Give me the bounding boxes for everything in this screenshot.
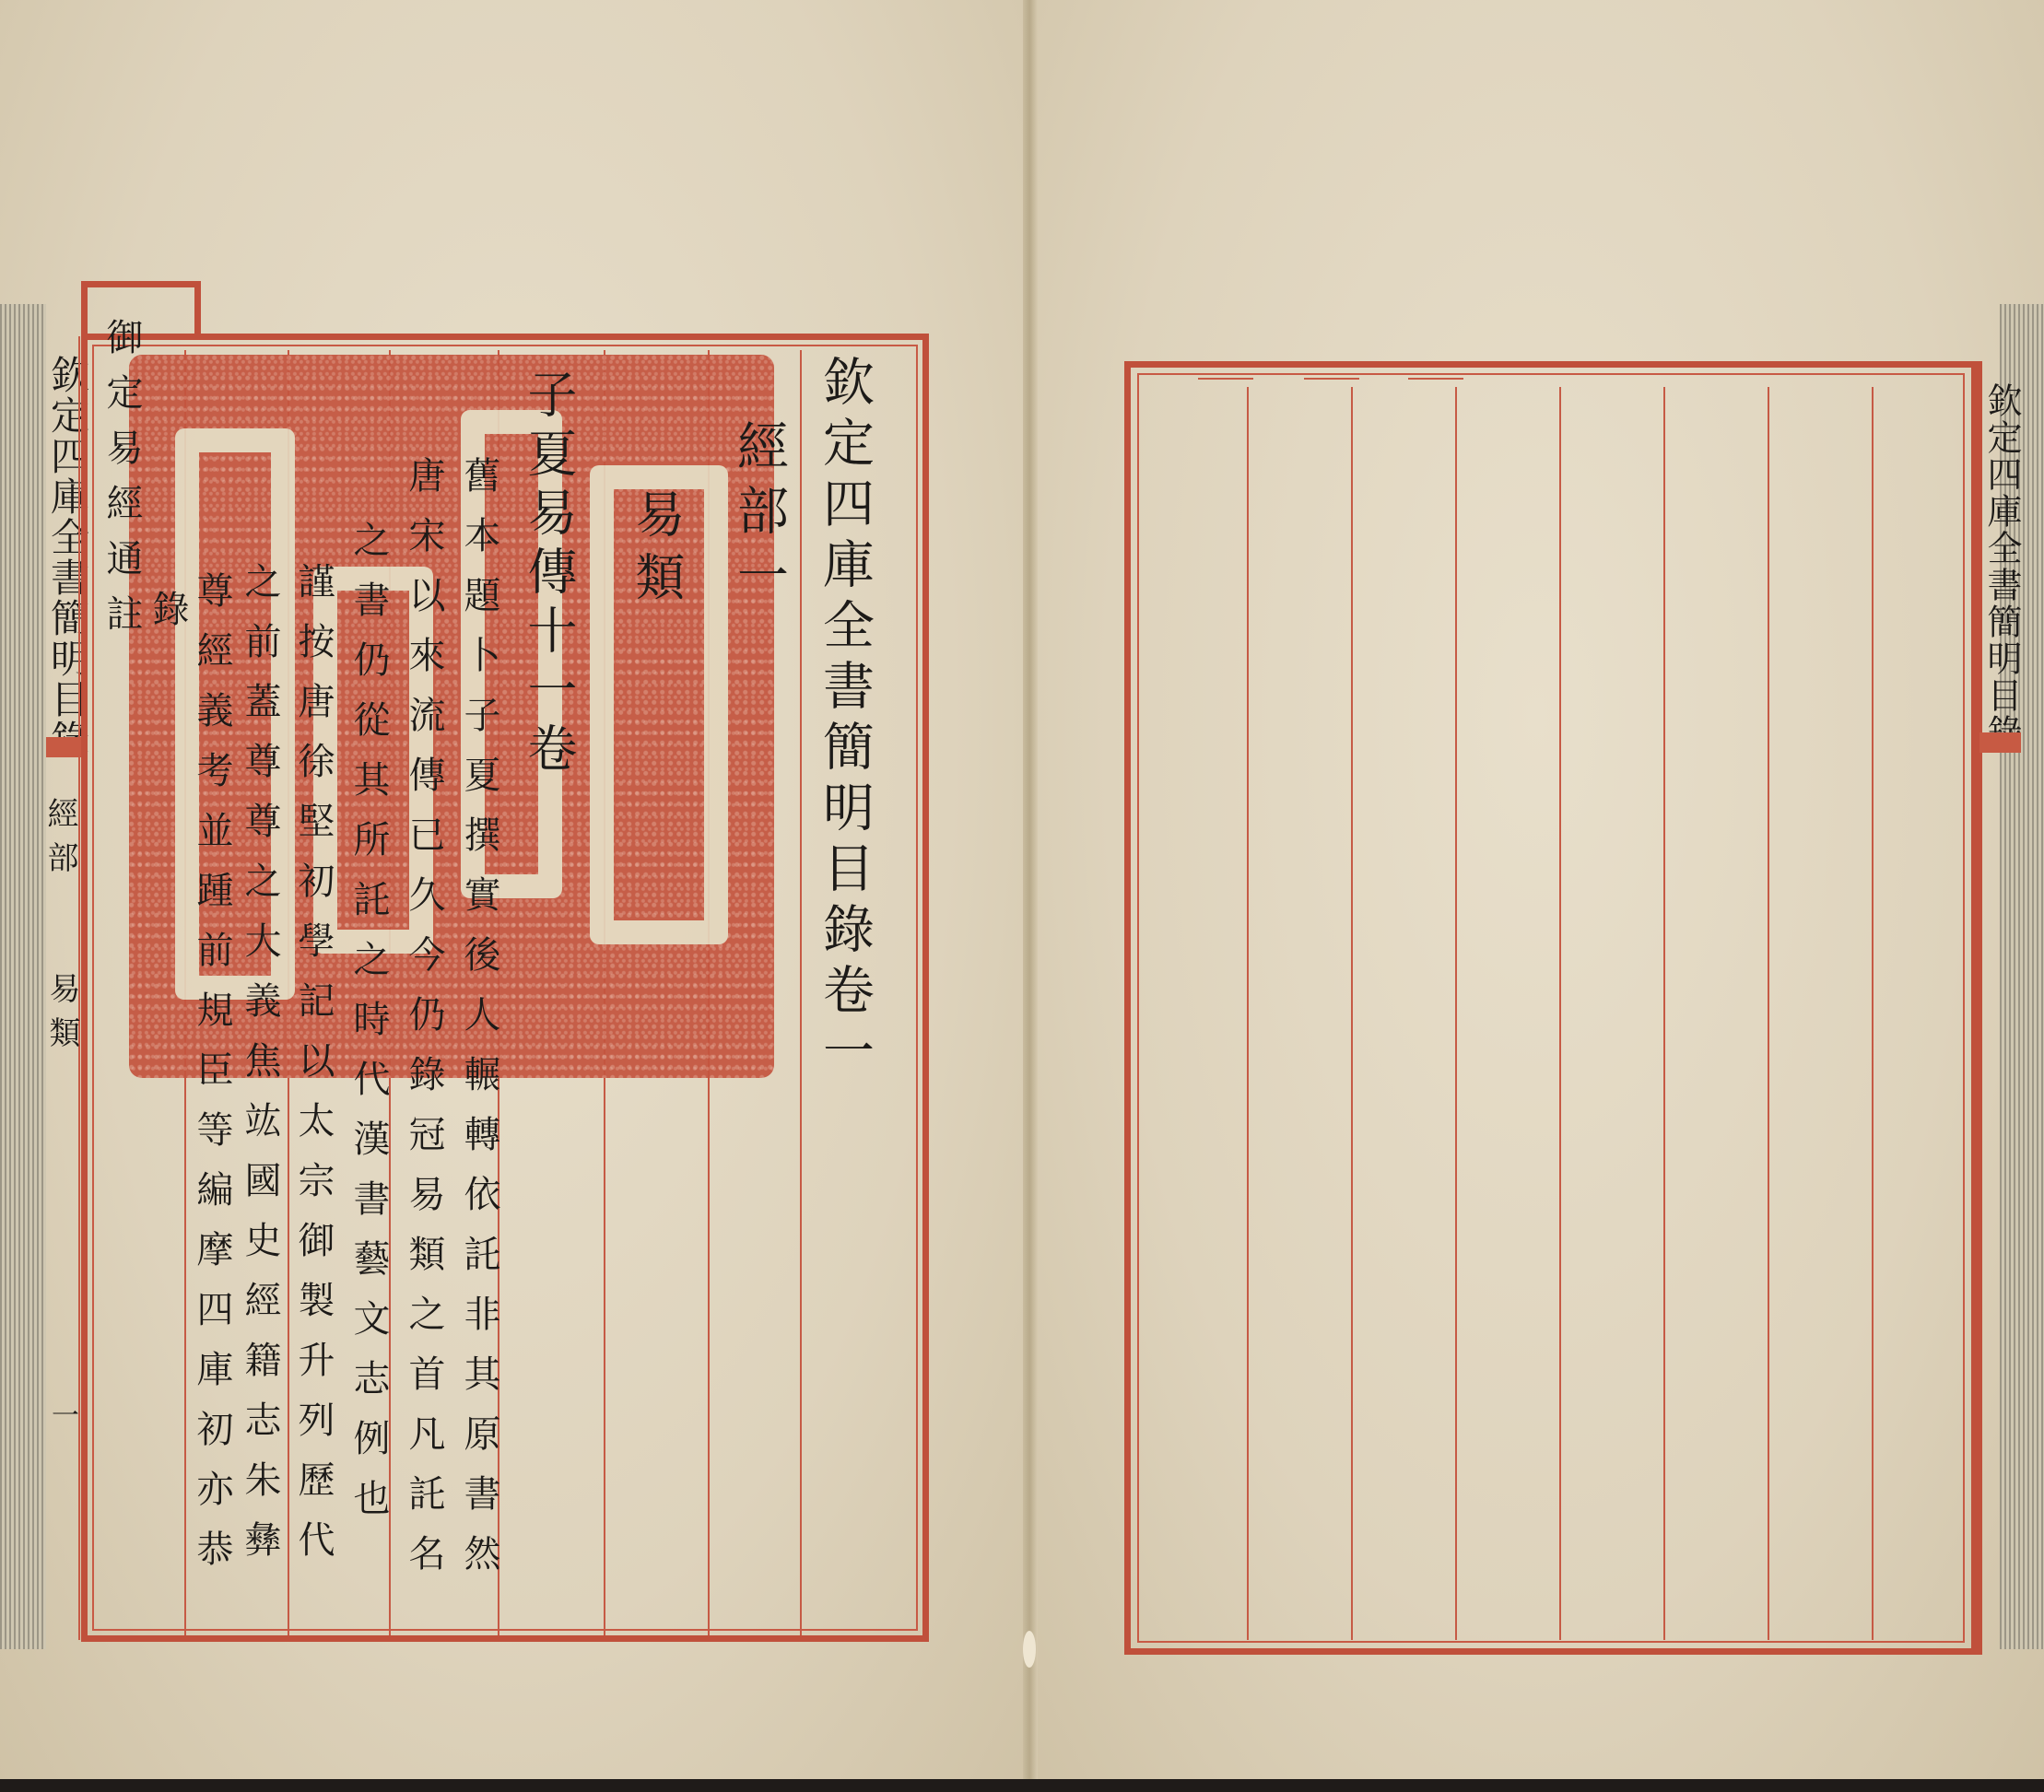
column-rule <box>1768 387 1769 1640</box>
tab-book-title: 御定易經通註 <box>103 318 140 650</box>
margin-section-label: 經部 <box>44 797 76 885</box>
right-edge-title: 欽定四庫全書簡明目錄 <box>1984 382 2019 751</box>
column-rule <box>1872 387 1874 1640</box>
entry-body-line: 尊經義考並踵前規臣等編摩四庫初亦恭 <box>194 571 230 1589</box>
margin-category-label: 易類 <box>46 972 77 1060</box>
right-page-inner-frame <box>1137 373 1965 1643</box>
entry-body-line: 謹按唐徐堅初學記以太宗御製升列歷代 <box>295 562 332 1580</box>
category-heading: 易類 <box>631 488 681 614</box>
book-bottom-shadow <box>0 1779 2044 1792</box>
column-rule <box>1455 387 1457 1640</box>
entry-title: 子夏易傳十一卷 <box>523 369 573 781</box>
volume-title: 欽定四庫全書簡明目錄卷一 <box>818 355 870 1084</box>
section-heading: 經部一 <box>733 419 784 613</box>
left-margin-divider <box>46 737 83 757</box>
column-top-tick <box>1198 378 1253 380</box>
entry-body-line: 之書仍從其所託之時代漢書藝文志例也 <box>350 521 387 1539</box>
entry-body-line: 唐宋以來流傳已久今仍錄冠易類之首凡託名 <box>405 456 442 1594</box>
entry-body-line: 之前蓋尊尊之大義焦竑國史經籍志朱彝 <box>241 562 278 1580</box>
book-gutter <box>1023 0 1038 1792</box>
column-top-tick <box>1304 378 1359 380</box>
column-rule <box>1247 387 1249 1640</box>
column-rule <box>1351 387 1353 1640</box>
column-top-tick <box>1408 378 1463 380</box>
margin-page-number: 一 <box>48 1400 76 1445</box>
tab-record-label: 錄 <box>149 590 186 643</box>
entry-body-line: 舊本題卜子夏撰實後人輾轉依託非其原書然 <box>461 456 498 1594</box>
left-page-edge-stack <box>0 304 46 1649</box>
column-rule <box>1663 387 1665 1640</box>
column-rule <box>800 350 802 1635</box>
right-margin-divider <box>1979 732 2021 753</box>
gutter-tear-mark <box>1023 1631 1036 1668</box>
column-rule <box>1559 387 1561 1640</box>
